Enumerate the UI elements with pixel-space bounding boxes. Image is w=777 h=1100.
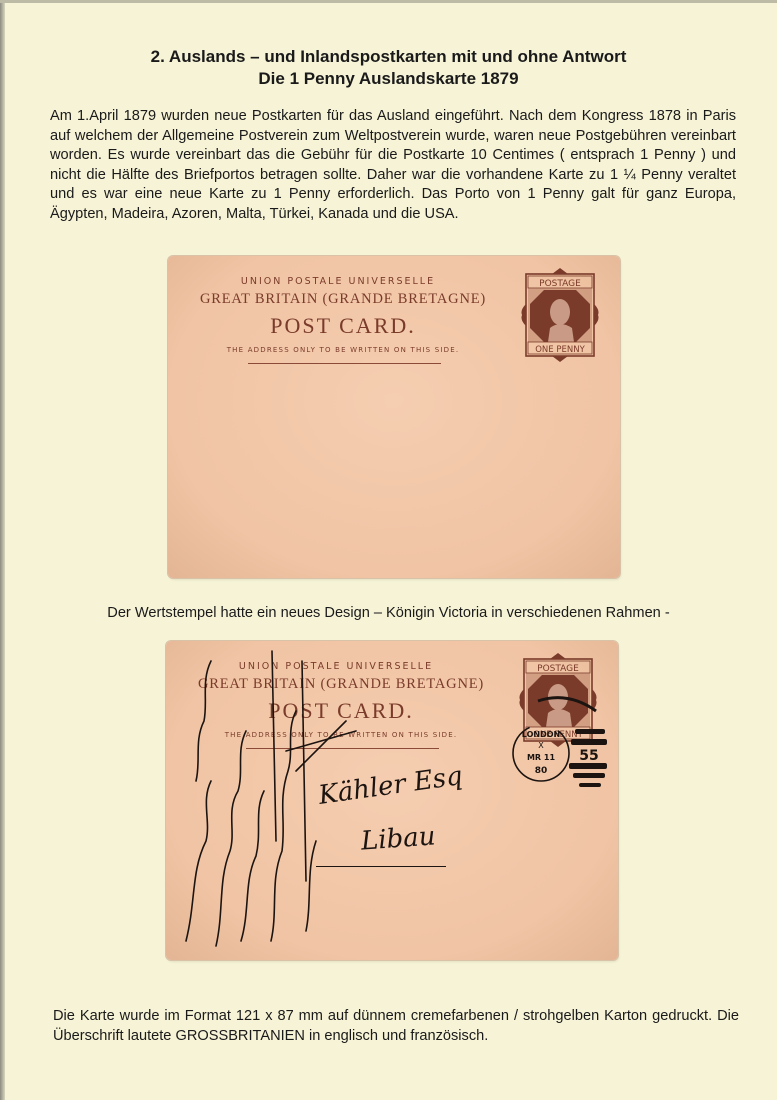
intro-paragraph: Am 1.April 1879 wurden neue Postkarten f… — [50, 107, 736, 225]
handwritten-sender-note-icon — [166, 641, 366, 960]
page-subtitle: Die 1 Penny Auslandskarte 1879 — [0, 68, 777, 90]
svg-text:ONE PENNY: ONE PENNY — [535, 345, 585, 355]
card-header-instruction: THE ADDRESS ONLY TO BE WRITTEN ON THIS S… — [168, 346, 518, 354]
card-header-country: GREAT BRITAIN (GRANDE BRETAGNE) — [168, 291, 518, 308]
page-edge — [0, 0, 5, 1100]
stamp-caption: Der Wertstempel hatte ein neues Design –… — [0, 603, 777, 623]
queen-victoria-stamp-icon: POSTAGE ONE PENNY — [520, 266, 600, 364]
svg-text:X: X — [538, 741, 544, 750]
svg-text:LONDON: LONDON — [522, 730, 560, 739]
page-edge-top — [0, 0, 777, 3]
page-title: 2. Auslands – und Inlandspostkarten mit … — [0, 46, 777, 68]
svg-text:POSTAGE: POSTAGE — [537, 664, 579, 674]
postcard-unused: UNION POSTALE UNIVERSELLE GREAT BRITAIN … — [168, 256, 620, 578]
postmark-duplex-icon: LONDON X MR 11 80 55 — [511, 713, 611, 803]
svg-text:55: 55 — [579, 748, 598, 764]
postcard-used: UNION POSTALE UNIVERSELLE GREAT BRITAIN … — [166, 641, 618, 960]
svg-text:POSTAGE: POSTAGE — [539, 279, 581, 289]
closing-paragraph: Die Karte wurde im Format 121 x 87 mm au… — [53, 1006, 739, 1046]
svg-text:80: 80 — [535, 766, 548, 776]
card-header-postcard: POST CARD. — [168, 313, 518, 339]
handwritten-address-city: Libau — [360, 821, 436, 856]
card-rule — [248, 363, 441, 364]
svg-text:MR 11: MR 11 — [527, 753, 555, 762]
card-header-upu: UNION POSTALE UNIVERSELLE — [168, 276, 508, 287]
